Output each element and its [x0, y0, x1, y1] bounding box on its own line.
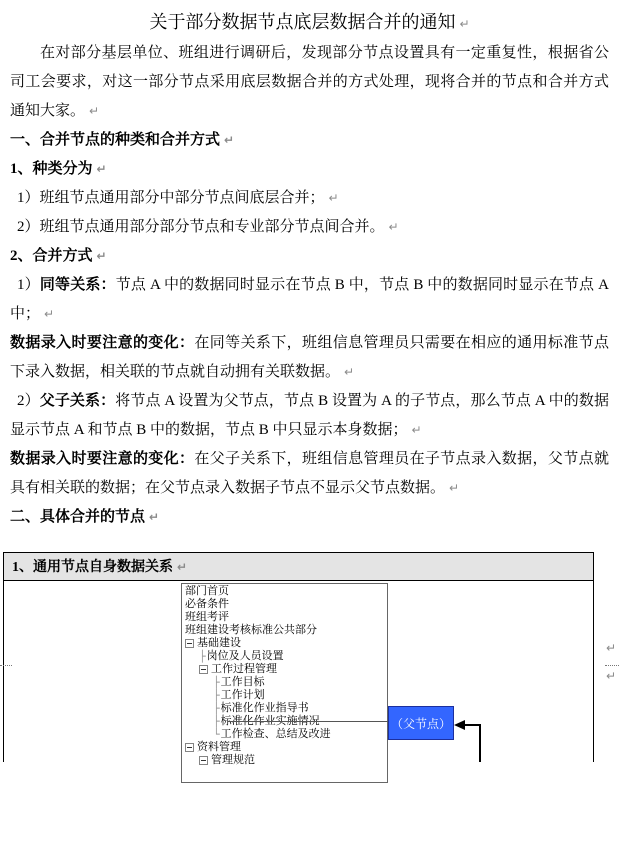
- tree-item: ├标准化作业指导书: [182, 702, 387, 715]
- tree-item-label: 岗位及人员设置: [207, 650, 284, 663]
- tree-item: ├工作目标: [182, 676, 387, 689]
- tree-item-label: 资料管理: [197, 741, 241, 754]
- pilcrow-mark: ↵: [97, 162, 107, 176]
- paragraph: 1）同等关系：节点 A 中的数据同时显示在节点 B 中，节点 B 中的数据同时显…: [10, 271, 609, 329]
- collapse-minus-icon: [199, 756, 208, 765]
- table-header-text: 1、通用节点自身数据关系: [12, 560, 173, 575]
- tree-item: ├工作计划: [182, 689, 387, 702]
- tree-item: 班组建设考核标准公共部分: [182, 624, 387, 637]
- collapse-minus-icon: [185, 743, 194, 752]
- tree-item-label: 部门首页: [185, 585, 229, 598]
- document-page: 关于部分数据节点底层数据合并的通知↵在对部分基层单位、班组进行调研后，发现部分节…: [0, 0, 619, 847]
- tree-branch-icon: ├: [213, 702, 220, 715]
- tree-item: 管理规范: [182, 754, 387, 767]
- tree-branch-icon: ├: [213, 676, 220, 689]
- pilcrow-mark: ↵: [149, 510, 159, 524]
- text-boundary-mark-right: [605, 665, 619, 666]
- table-body-row: 部门首页必备条件班组考评班组建设考核标准公共部分基础建设├岗位及人员设置工作过程…: [3, 581, 594, 762]
- text-run: 1）: [17, 277, 40, 293]
- tree-item: └工作检查、总结及改进: [182, 728, 387, 741]
- tree-item-label: 基础建设: [197, 637, 241, 650]
- paragraph: 一、合并节点的种类和合并方式↵: [10, 126, 609, 155]
- parent-node-box: （父节点）: [388, 706, 454, 740]
- document-title: 关于部分数据节点底层数据合并的通知↵: [10, 8, 609, 39]
- paragraph: 2）父子关系：将节点 A 设置为父节点，节点 B 设置为 A 的子节点，那么节点…: [10, 387, 609, 445]
- tree-item-label: 工作过程管理: [211, 663, 277, 676]
- paragraph: 2、合并方式↵: [10, 242, 609, 271]
- merge-nodes-table: 1、通用节点自身数据关系↵ 部门首页必备条件班组考评班组建设考核标准公共部分基础…: [3, 552, 594, 762]
- bold-text-run: 一、合并节点的种类和合并方式: [10, 132, 220, 148]
- tree-item-label: 工作计划: [221, 689, 265, 702]
- arrow-head-icon: [454, 720, 465, 730]
- text-run: 2）班组节点通用部分部分节点和专业部分节点间合并。: [17, 219, 385, 235]
- connector-line: [228, 721, 388, 722]
- paragraph: 数据录入时要注意的变化：在同等关系下，班组信息管理员只需要在相应的通用标准节点下…: [10, 329, 609, 387]
- bold-text-run: 1、种类分为: [10, 161, 93, 177]
- tree-item-label: 工作目标: [221, 676, 265, 689]
- bold-text-run: 父子关系：: [40, 393, 116, 409]
- tree-item-label: 班组建设考核标准公共部分: [185, 624, 317, 637]
- pilcrow-mark: ↵: [606, 641, 616, 655]
- pilcrow-mark: ↵: [89, 104, 99, 118]
- paragraph: 二、具体合并的节点↵: [10, 503, 609, 532]
- text-run: 关于部分数据节点底层数据合并的通知: [149, 12, 455, 32]
- tree-branch-icon: └: [213, 728, 220, 741]
- pilcrow-mark: ↵: [329, 191, 339, 205]
- tree-item-label: 必备条件: [185, 598, 229, 611]
- paragraph: 2）班组节点通用部分部分节点和专业部分节点间合并。↵: [10, 213, 609, 242]
- pilcrow-mark: ↵: [97, 249, 107, 263]
- tree-item: ├岗位及人员设置: [182, 650, 387, 663]
- node-tree-panel: 部门首页必备条件班组考评班组建设考核标准公共部分基础建设├岗位及人员设置工作过程…: [181, 583, 388, 783]
- arrow-vertical-line: [479, 724, 481, 762]
- tree-item-label: 标准化作业指导书: [221, 702, 309, 715]
- tree-item: 资料管理: [182, 741, 387, 754]
- pilcrow-mark: ↵: [177, 560, 187, 574]
- tree-item: 基础建设: [182, 637, 387, 650]
- tree-item: 工作过程管理: [182, 663, 387, 676]
- tree-item-label: 管理规范: [211, 754, 255, 767]
- bold-text-run: 数据录入时要注意的变化：: [10, 451, 194, 467]
- tree-item-label: 班组考评: [185, 611, 229, 624]
- paragraph: 1、种类分为↵: [10, 155, 609, 184]
- pilcrow-mark: ↵: [606, 669, 616, 683]
- collapse-minus-icon: [185, 639, 194, 648]
- tree-item: 必备条件: [182, 598, 387, 611]
- paragraph: 1）班组节点通用部分中部分节点间底层合并；↵: [10, 184, 609, 213]
- tree-item: 部门首页: [182, 585, 387, 598]
- tree-branch-icon: ├: [213, 715, 220, 728]
- tree-item-label: 工作检查、总结及改进: [221, 728, 331, 741]
- tree-branch-icon: ├: [213, 689, 220, 702]
- pilcrow-mark: ↵: [412, 423, 422, 437]
- paragraph: 数据录入时要注意的变化：在父子关系下，班组信息管理员在子节点录入数据，父节点就具…: [10, 445, 609, 503]
- pilcrow-mark: ↵: [459, 17, 469, 31]
- pilcrow-mark: ↵: [449, 481, 459, 495]
- text-run: 2）: [17, 393, 40, 409]
- pilcrow-mark: ↵: [344, 365, 354, 379]
- bold-text-run: 二、具体合并的节点: [10, 509, 145, 525]
- pilcrow-mark: ↵: [224, 133, 234, 147]
- tree-item: 班组考评: [182, 611, 387, 624]
- bold-text-run: 同等关系：: [40, 277, 116, 293]
- pilcrow-mark: ↵: [44, 307, 54, 321]
- parent-node-label: （父节点）: [391, 715, 451, 732]
- document-body: 关于部分数据节点底层数据合并的通知↵在对部分基层单位、班组进行调研后，发现部分节…: [0, 0, 619, 532]
- bold-text-run: 数据录入时要注意的变化：: [10, 335, 194, 351]
- table-header-row: 1、通用节点自身数据关系↵: [3, 552, 594, 581]
- collapse-minus-icon: [199, 665, 208, 674]
- text-boundary-mark-left: [0, 665, 12, 666]
- paragraph: 在对部分基层单位、班组进行调研后，发现部分节点设置具有一定重复性，根据省公司工会…: [10, 39, 609, 126]
- text-run: 1）班组节点通用部分中部分节点间底层合并；: [17, 190, 325, 206]
- tree-branch-icon: ├: [199, 650, 206, 663]
- bold-text-run: 2、合并方式: [10, 248, 93, 264]
- text-run: 在对部分基层单位、班组进行调研后，发现部分节点设置具有一定重复性，根据省公司工会…: [10, 45, 609, 119]
- pilcrow-mark: ↵: [389, 220, 399, 234]
